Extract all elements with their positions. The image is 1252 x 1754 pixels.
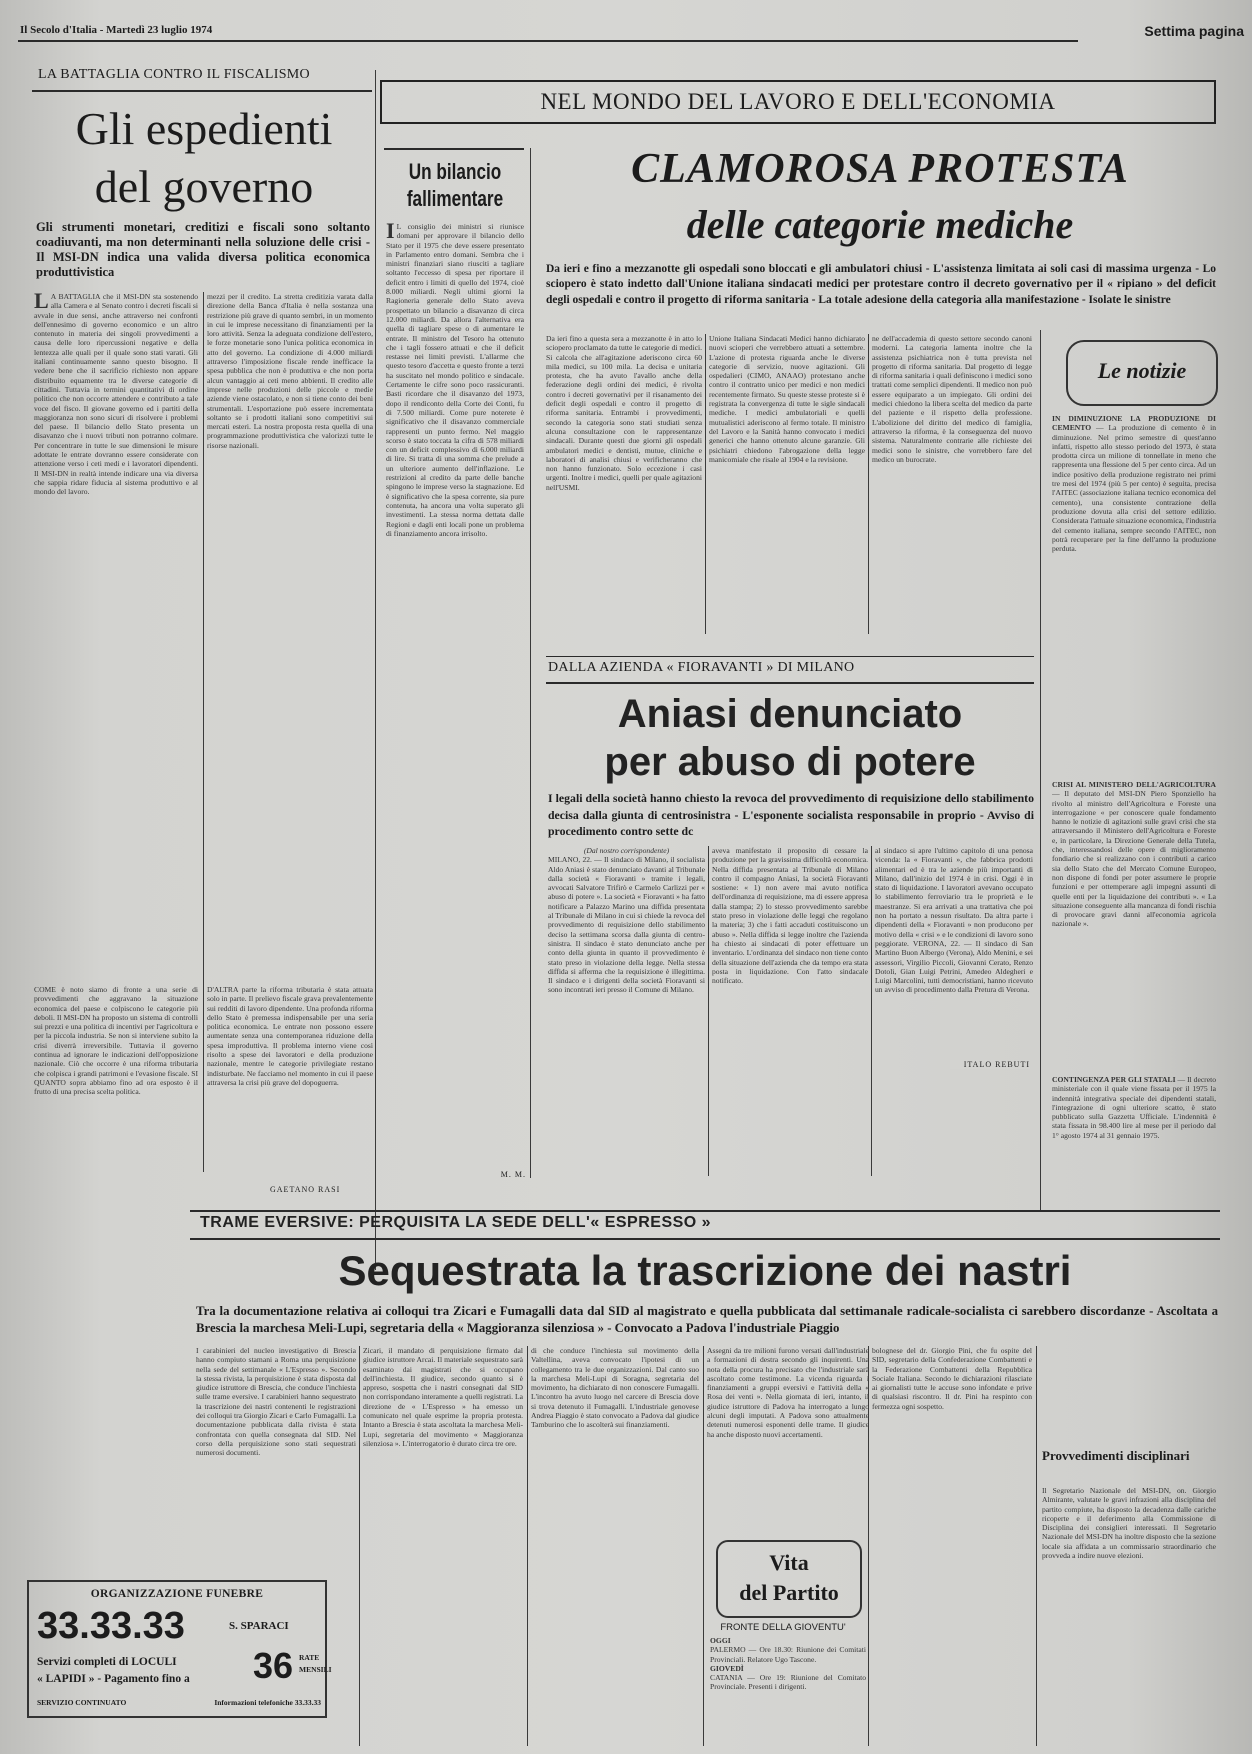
column-divider: [527, 1346, 528, 1746]
left-col2-cont: D'ALTRA parte la riforma tributaria è st…: [207, 985, 373, 1175]
vita-partito-box: Vita del Partito: [716, 1540, 862, 1618]
section-banner-title: NEL MONDO DEL LAVORO E DELL'ECONOMIA: [382, 82, 1214, 122]
aniasi-col3: al sindaco si apre l'ultimo capitolo di …: [875, 846, 1033, 1176]
column-divider: [871, 846, 872, 1176]
funebre-lines: Servizi completi di LOCULI « LAPIDI » - …: [37, 1654, 190, 1688]
dropcap: L: [34, 292, 49, 310]
protesta-col2: Unione Italiana Sindacati Medici hanno d…: [709, 334, 865, 634]
aniasi-headline: Aniasi denunciato per abuso di potere: [546, 690, 1034, 786]
left-col1-cont: COME è noto siamo di fronte a una serie …: [34, 985, 198, 1545]
left-headline-line1: Gli espedienti: [34, 100, 374, 158]
column-divider: [203, 292, 204, 1172]
trame-kicker-rule: [190, 1238, 1220, 1240]
left-col2: mezzi per il credito. La stretta crediti…: [207, 292, 373, 982]
protesta-headline-line1: CLAMOROSA PROTESTA: [545, 143, 1215, 195]
column-divider: [868, 1346, 869, 1746]
page-label: Settima pagina: [1144, 23, 1244, 39]
protesta-col3: ne dell'accademia di questo settore seco…: [872, 334, 1032, 634]
column-divider: [1040, 330, 1041, 1210]
folio-line: Il Secolo d'Italia - Martedì 23 luglio 1…: [20, 24, 212, 36]
funebre-name: S. SPARACI: [229, 1620, 289, 1632]
bilancio-body: IL consiglio dei ministri si riunisce do…: [386, 222, 524, 1142]
kicker-rule: [32, 90, 372, 92]
trame-deck: Tra la documentazione relativa ai colloq…: [196, 1303, 1218, 1337]
funebre-ad: ORGANIZZAZIONE FUNEBRE 33.33.33 S. SPARA…: [27, 1580, 327, 1718]
left-headline-line2: del governo: [34, 158, 374, 216]
trame-top-rule: [190, 1210, 1220, 1212]
protesta-deck: Da ieri e fino a mezzanotte gli ospedali…: [546, 262, 1216, 308]
funebre-footer-right: Informazioni telefoniche 33.33.33: [214, 1698, 321, 1707]
funebre-title: ORGANIZZAZIONE FUNEBRE: [29, 1588, 325, 1600]
vita-partito-subhead: FRONTE DELLA GIOVENTU': [700, 1622, 866, 1633]
provvedimenti-title: Provvedimenti disciplinari: [1042, 1448, 1216, 1463]
column-divider: [703, 1346, 704, 1746]
column-divider: [359, 1346, 360, 1746]
left-byline: GAETANO RASI: [270, 1185, 370, 1194]
left-kicker: LA BATTAGLIA CONTRO IL FISCALISMO: [38, 67, 373, 83]
section-banner: NEL MONDO DEL LAVORO E DELL'ECONOMIA: [380, 80, 1216, 124]
bilancio-headline: Un bilancio fallimentare: [400, 158, 511, 212]
trame-headline: Sequestrata la trascrizione dei nastri: [190, 1245, 1220, 1297]
aniasi-kicker-rule: [546, 682, 1034, 684]
aniasi-col1: (Dal nostro corrispondente) MILANO, 22. …: [548, 846, 705, 1176]
column-divider: [1036, 1346, 1037, 1746]
vita-partito-title: Vita del Partito: [718, 1542, 860, 1608]
column-divider: [708, 846, 709, 1176]
column-divider: [705, 334, 706, 634]
funebre-rate: RATE MENSILI: [299, 1652, 332, 1676]
left-col1: LA BATTAGLIA che il MSI-DN sta sostenend…: [34, 292, 198, 982]
column-divider: [868, 334, 869, 634]
aniasi-byline: ITALO REBUTI: [950, 1060, 1030, 1069]
notizie-item-1: IN DIMINUZIONE LA PRODUZIONE DI CEMENTO …: [1052, 414, 1216, 774]
aniasi-kicker: DALLA AZIENDA « FIORAVANTI » DI MILANO: [548, 660, 1028, 676]
notizie-item-2: CRISI AL MINISTERO DELL'AGRICOLTURA — Il…: [1052, 780, 1216, 1070]
aniasi-deck: I legali della società hanno chiesto la …: [548, 790, 1034, 840]
vita-partito-items: OGGI PALERMO — Ore 18.30: Riunione dei C…: [710, 1636, 866, 1706]
aniasi-col2: aveva manifestato il proposito di cessar…: [712, 846, 868, 1176]
left-deck: Gli strumenti monetari, creditizi e fisc…: [36, 220, 370, 280]
notizie-item-3: CONTINGENZA PER GLI STATALI — Il decreto…: [1052, 1075, 1216, 1185]
newspaper-page: Il Secolo d'Italia - Martedì 23 luglio 1…: [0, 0, 1252, 1754]
protesta-col1: Da ieri fino a questa sera a mezzanotte …: [546, 334, 702, 634]
bilancio-top-rule: [384, 148, 524, 150]
notizie-box: Le notizie: [1066, 340, 1218, 406]
column-divider: [375, 70, 376, 1270]
protesta-headline-line2: delle categorie mediche: [545, 200, 1215, 250]
trame-col3: di che conduce l'inchiesta sul movimento…: [531, 1346, 699, 1746]
notizie-box-title: Le notizie: [1068, 342, 1216, 400]
funebre-big-number: 36: [253, 1646, 293, 1686]
aniasi-top-rule: [546, 656, 1034, 657]
provvedimenti-body: Il Segretario Nazionale del MSI-DN, on. …: [1042, 1486, 1216, 1746]
trame-kicker: TRAME EVERSIVE: PERQUISITA LA SEDE DELL'…: [200, 1214, 900, 1232]
masthead-rule: [18, 40, 1078, 42]
trame-col2: Zicari, il mandato di perquisizione firm…: [363, 1346, 523, 1746]
column-divider: [530, 148, 531, 1178]
funebre-phone: 33.33.33: [37, 1604, 185, 1648]
bilancio-signature: M. M.: [470, 1170, 526, 1179]
trame-col4: Assegni da tre milioni furono versati da…: [707, 1346, 869, 1521]
left-headline: Gli espedienti del governo: [34, 100, 374, 216]
trame-col5: bolognese del dr. Giorgio Pini, che fu o…: [872, 1346, 1032, 1746]
funebre-footer-left: SERVIZIO CONTINUATO: [37, 1698, 126, 1707]
